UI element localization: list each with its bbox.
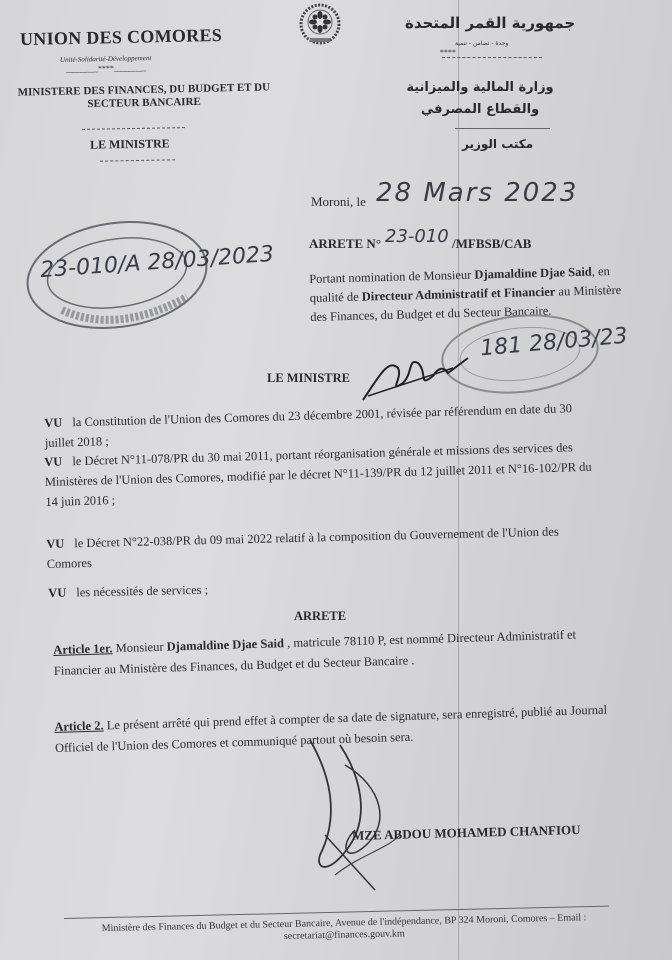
divider [82, 127, 185, 130]
document-page: UNION DES COMORES Unité-Solidarité-Dével… [0, 0, 672, 960]
arrete-number-handwritten: 23-010 [385, 226, 449, 247]
ministry-name: MINISTERE DES FINANCES, DU BUDGET ET DU … [14, 81, 274, 112]
minister-signature-icon [300, 735, 410, 895]
header-stars-left: ________****________ [66, 63, 146, 74]
divider [442, 57, 542, 58]
divider [455, 128, 550, 129]
minister-heading: LE MINISTRE [267, 371, 350, 386]
arrete-number-suffix: /MFBSB/CAB [452, 236, 531, 252]
office-title-arabic: مكتب الوزير [462, 137, 533, 151]
place-label: Moroni, le [311, 194, 366, 210]
coat-of-arms-emblem-icon [292, 2, 348, 46]
arrete-number-prefix: ARRETE N° [309, 236, 381, 252]
consideration-4: VUles nécessités de services ; [48, 575, 448, 603]
country-name-arabic: جمهورية القمر المتحدة [405, 14, 575, 32]
article-1: Article 1er. Monsieur Djamaldine Djae Sa… [53, 623, 614, 682]
national-motto-arabic: وحدة - تضامن - تنمية [455, 40, 508, 47]
office-title: LE MINISTRE [90, 136, 170, 152]
country-name: UNION DES COMORES [20, 25, 223, 50]
ministry-name-arabic: وزارة المالية والميزانية والقطاع المصرفي [405, 77, 555, 121]
initial-signature-icon [358, 338, 478, 408]
decision-title: ARRETE [294, 609, 346, 624]
divider [100, 159, 175, 161]
consideration-3: VUle Décret N°22-038/PR du 09 mai 2022 r… [46, 520, 607, 574]
handwritten-date: 28 Mars 2023 [376, 178, 578, 208]
header-stars-right: **** [440, 48, 456, 57]
